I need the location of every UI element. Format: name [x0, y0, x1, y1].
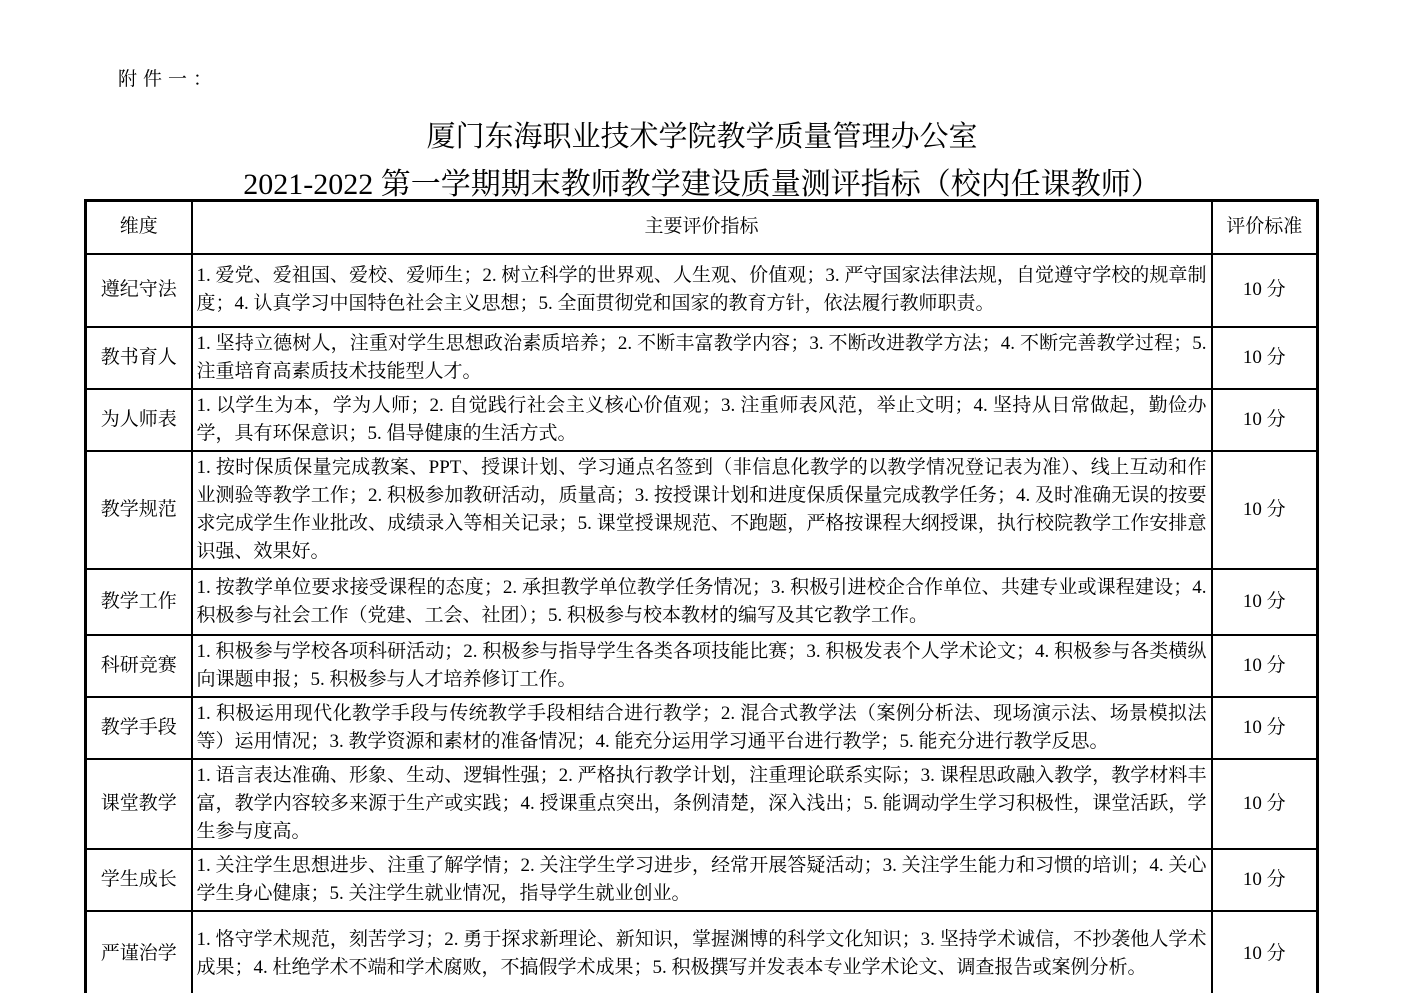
table-row: 为人师表 1. 以学生为本，学为人师；2. 自觉践行社会主义核心价值观；3. 注…	[86, 389, 1318, 451]
dimension-cell: 教学手段	[86, 697, 192, 759]
dimension-cell: 学生成长	[86, 849, 192, 911]
indicators-cell: 1. 关注学生思想进步、注重了解学情；2. 关注学生学习进步，经常开展答疑活动；…	[192, 849, 1212, 911]
table-header-row: 维度 主要评价指标 评价标准	[86, 201, 1318, 254]
doc-title-line1: 厦门东海职业技术学院教学质量管理办公室	[0, 114, 1404, 155]
dimension-cell: 教学工作	[86, 569, 192, 635]
score-cell: 10 分	[1212, 911, 1318, 993]
table-row: 课堂教学 1. 语言表达准确、形象、生动、逻辑性强；2. 严格执行教学计划，注重…	[86, 759, 1318, 849]
indicators-cell: 1. 语言表达准确、形象、生动、逻辑性强；2. 严格执行教学计划，注重理论联系实…	[192, 759, 1212, 849]
score-cell: 10 分	[1212, 849, 1318, 911]
score-cell: 10 分	[1212, 697, 1318, 759]
indicators-cell: 1. 以学生为本，学为人师；2. 自觉践行社会主义核心价值观；3. 注重师表风范…	[192, 389, 1212, 451]
document-page: { "page": { "attachment_label": "附件一：", …	[0, 0, 1404, 993]
indicators-cell: 1. 爱党、爱祖国、爱校、爱师生；2. 树立科学的世界观、人生观、价值观；3. …	[192, 254, 1212, 327]
dimension-cell: 课堂教学	[86, 759, 192, 849]
indicators-cell: 1. 积极运用现代化教学手段与传统教学手段相结合进行教学；2. 混合式教学法（案…	[192, 697, 1212, 759]
score-cell: 10 分	[1212, 569, 1318, 635]
dimension-cell: 为人师表	[86, 389, 192, 451]
col-header-standard: 评价标准	[1212, 201, 1318, 254]
table-row: 严谨治学 1. 恪守学术规范，刻苦学习；2. 勇于探求新理论、新知识，掌握渊博的…	[86, 911, 1318, 993]
indicators-cell: 1. 坚持立德树人，注重对学生思想政治素质培养；2. 不断丰富教学内容；3. 不…	[192, 327, 1212, 389]
doc-title-line2: 2021-2022 第一学期期末教师教学建设质量测评指标（校内任课教师）	[0, 159, 1404, 203]
dimension-cell: 遵纪守法	[86, 254, 192, 327]
dimension-cell: 教学规范	[86, 451, 192, 569]
col-header-indicators: 主要评价指标	[192, 201, 1212, 254]
indicators-cell: 1. 按时保质保量完成教案、PPT、授课计划、学习通点名签到（非信息化教学的以教…	[192, 451, 1212, 569]
table-row: 学生成长 1. 关注学生思想进步、注重了解学情；2. 关注学生学习进步，经常开展…	[86, 849, 1318, 911]
dimension-cell: 科研竞赛	[86, 635, 192, 697]
indicators-cell: 1. 恪守学术规范，刻苦学习；2. 勇于探求新理论、新知识，掌握渊博的科学文化知…	[192, 911, 1212, 993]
table-row: 教学手段 1. 积极运用现代化教学手段与传统教学手段相结合进行教学；2. 混合式…	[86, 697, 1318, 759]
table-row: 教学工作 1. 按教学单位要求接受课程的态度；2. 承担教学单位教学任务情况；3…	[86, 569, 1318, 635]
indicators-cell: 1. 积极参与学校各项科研活动；2. 积极参与指导学生各类各项技能比赛；3. 积…	[192, 635, 1212, 697]
score-cell: 10 分	[1212, 451, 1318, 569]
score-cell: 10 分	[1212, 759, 1318, 849]
score-cell: 10 分	[1212, 327, 1318, 389]
attachment-label: 附件一：	[118, 64, 218, 91]
table-row: 遵纪守法 1. 爱党、爱祖国、爱校、爱师生；2. 树立科学的世界观、人生观、价值…	[86, 254, 1318, 327]
table-row: 教学规范 1. 按时保质保量完成教案、PPT、授课计划、学习通点名签到（非信息化…	[86, 451, 1318, 569]
score-cell: 10 分	[1212, 254, 1318, 327]
dimension-cell: 教书育人	[86, 327, 192, 389]
indicators-cell: 1. 按教学单位要求接受课程的态度；2. 承担教学单位教学任务情况；3. 积极引…	[192, 569, 1212, 635]
evaluation-table: 维度 主要评价指标 评价标准 遵纪守法 1. 爱党、爱祖国、爱校、爱师生；2. …	[84, 199, 1319, 993]
table-row: 科研竞赛 1. 积极参与学校各项科研活动；2. 积极参与指导学生各类各项技能比赛…	[86, 635, 1318, 697]
table-row: 教书育人 1. 坚持立德树人，注重对学生思想政治素质培养；2. 不断丰富教学内容…	[86, 327, 1318, 389]
score-cell: 10 分	[1212, 635, 1318, 697]
dimension-cell: 严谨治学	[86, 911, 192, 993]
score-cell: 10 分	[1212, 389, 1318, 451]
col-header-dimension: 维度	[86, 201, 192, 254]
